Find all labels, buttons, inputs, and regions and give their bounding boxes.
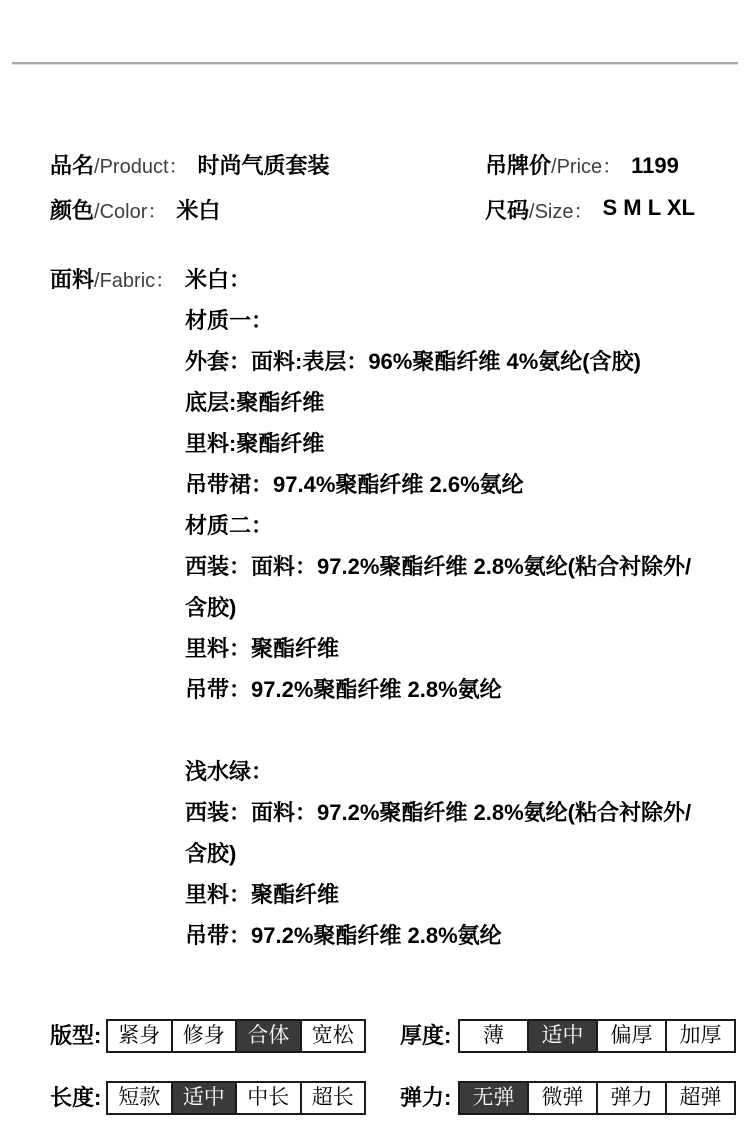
elasticity-option-normal[interactable]: 弹力 — [596, 1083, 665, 1113]
attr-row-1: 版型: 紧身 修身 合体 宽松 厚度: 薄 适中 偏厚 加厚 — [0, 1019, 750, 1053]
color-label-cn: 颜色 — [50, 198, 94, 223]
product-name-label-en: /Product： — [94, 156, 188, 178]
top-divider — [12, 62, 738, 64]
fit-option-regular[interactable]: 合体 — [235, 1021, 300, 1051]
fabric-line: 里料：聚酯纤维 — [185, 874, 750, 915]
fabric-line-blank — [185, 710, 750, 751]
thickness-option-medium[interactable]: 适中 — [527, 1021, 596, 1051]
fabric-line: 吊带裙：97.4%聚酯纤维 2.6%氨纶 — [185, 464, 750, 505]
fabric-line: 含胶) — [185, 833, 750, 874]
fabric-label: 面料/Fabric： — [50, 268, 175, 295]
fabric-line: 含胶) — [185, 587, 750, 628]
length-option-short[interactable]: 短款 — [108, 1083, 171, 1113]
length-option-long[interactable]: 超长 — [300, 1083, 365, 1113]
fabric-line: 材质二： — [185, 505, 750, 546]
thickness-option-thick[interactable]: 加厚 — [665, 1021, 734, 1051]
elasticity-option-slight[interactable]: 微弹 — [527, 1083, 596, 1113]
color-value: 米白 — [176, 198, 220, 223]
fabric-content: 米白： 材质一： 外套：面料:表层：96%聚酯纤维 4%氨纶(含胶) 底层:聚酯… — [185, 259, 750, 956]
size-label-cn: 尺码 — [485, 198, 529, 223]
elasticity-label: 弹力: — [400, 1081, 451, 1115]
price-label-en: /Price： — [551, 156, 622, 178]
thickness-selector: 薄 适中 偏厚 加厚 — [458, 1019, 736, 1053]
fabric-line: 西装：面料：97.2%聚酯纤维 2.8%氨纶(粘合衬除外/ — [185, 546, 750, 587]
fabric-line: 里料：聚酯纤维 — [185, 628, 750, 669]
fabric-line: 浅水绿： — [185, 751, 750, 792]
color-field: 颜色/Color：米白 — [50, 194, 220, 225]
product-spec-page: 品名/Product：时尚气质套装 吊牌价/Price：1199 颜色/Colo… — [0, 0, 750, 1124]
fabric-line: 里料:聚酯纤维 — [185, 423, 750, 464]
length-option-medium[interactable]: 适中 — [171, 1083, 236, 1113]
fit-type-label: 版型: — [50, 1019, 101, 1053]
product-name-field: 品名/Product：时尚气质套装 — [50, 149, 330, 180]
product-name-label-cn: 品名 — [50, 153, 94, 178]
price-value: 1199 — [631, 153, 679, 178]
fit-option-tight[interactable]: 紧身 — [108, 1021, 171, 1051]
elasticity-selector: 无弹 微弹 弹力 超弹 — [458, 1081, 736, 1115]
product-name-value: 时尚气质套装 — [198, 153, 330, 178]
fabric-line: 西装：面料：97.2%聚酯纤维 2.8%氨纶(粘合衬除外/ — [185, 792, 750, 833]
fabric-label-cn: 面料 — [50, 267, 94, 292]
price-field: 吊牌价/Price：1199 — [485, 149, 679, 180]
fit-option-loose[interactable]: 宽松 — [300, 1021, 365, 1051]
size-value: S M L XL — [602, 194, 698, 221]
color-label-en: /Color： — [94, 201, 167, 223]
fabric-label-en: /Fabric： — [94, 270, 175, 292]
fabric-line: 底层:聚酯纤维 — [185, 382, 750, 423]
fit-option-slim[interactable]: 修身 — [171, 1021, 236, 1051]
length-selector: 短款 适中 中长 超长 — [106, 1081, 366, 1115]
fabric-line: 米白： — [185, 259, 750, 300]
fabric-line: 材质一： — [185, 300, 750, 341]
fit-type-selector: 紧身 修身 合体 宽松 — [106, 1019, 366, 1053]
size-field: 尺码/Size：S M L XL — [485, 194, 698, 225]
length-label: 长度: — [50, 1081, 101, 1115]
thickness-option-thin[interactable]: 薄 — [460, 1021, 527, 1051]
length-option-mid[interactable]: 中长 — [235, 1083, 300, 1113]
size-label-en: /Size： — [529, 201, 593, 223]
thickness-label: 厚度: — [400, 1019, 451, 1053]
elasticity-option-none[interactable]: 无弹 — [460, 1083, 527, 1113]
thickness-option-thicker[interactable]: 偏厚 — [596, 1021, 665, 1051]
fabric-line: 吊带：97.2%聚酯纤维 2.8%氨纶 — [185, 915, 750, 956]
fabric-line: 吊带：97.2%聚酯纤维 2.8%氨纶 — [185, 669, 750, 710]
fabric-line: 外套：面料:表层：96%聚酯纤维 4%氨纶(含胶) — [185, 341, 750, 382]
attr-row-2: 长度: 短款 适中 中长 超长 弹力: 无弹 微弹 弹力 超弹 — [0, 1081, 750, 1115]
elasticity-option-super[interactable]: 超弹 — [665, 1083, 734, 1113]
price-label-cn: 吊牌价 — [485, 153, 551, 178]
